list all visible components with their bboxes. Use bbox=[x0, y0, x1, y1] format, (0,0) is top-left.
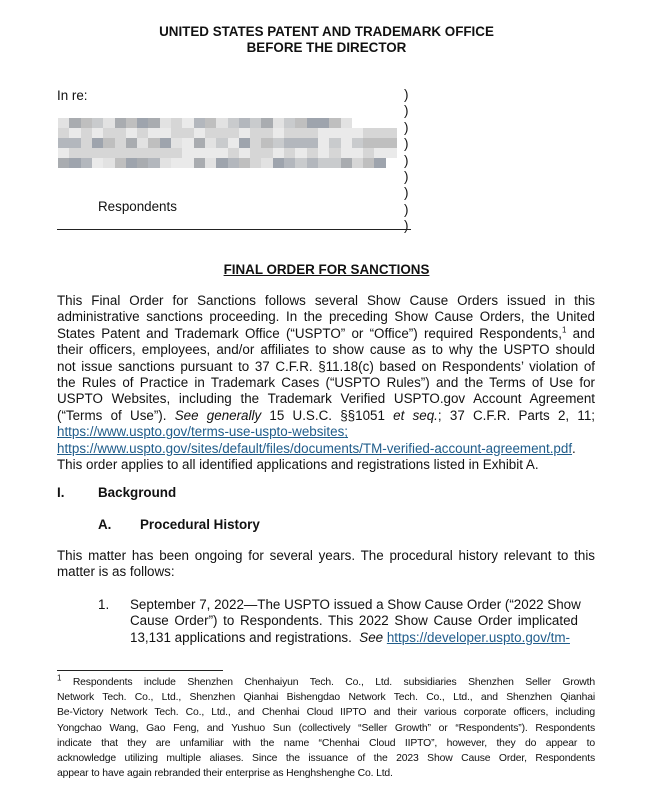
document-title: FINAL ORDER FOR SANCTIONS bbox=[0, 262, 653, 277]
developer-uspto-link[interactable]: https://developer.uspto.gov/tm- bbox=[387, 630, 570, 645]
text-line: This Final Order for Sanctions follows s… bbox=[57, 293, 595, 309]
redacted-party-names bbox=[58, 118, 398, 168]
link-punctuation: ; bbox=[344, 424, 348, 439]
citation: ; 37 C.F.R. Parts 2, 11; bbox=[438, 408, 595, 423]
citation-signal: See bbox=[359, 630, 383, 645]
text-line: https://www.uspto.gov/terms-use-uspto-we… bbox=[57, 424, 595, 440]
procedural-intro: This matter has been ongoing for several… bbox=[57, 548, 595, 581]
caption-parentheses: ))))))))) bbox=[404, 87, 414, 235]
terms-of-use-link[interactable]: https://www.uspto.gov/terms-use-uspto-we… bbox=[57, 424, 344, 439]
text-line: indicate that they are unfamiliar with t… bbox=[57, 736, 595, 751]
text-line: matter is as follows: bbox=[57, 564, 595, 580]
caption-underline bbox=[57, 229, 411, 230]
footnote-ref[interactable]: 1 bbox=[562, 325, 566, 334]
caption-paren: ) bbox=[404, 136, 414, 152]
text-fragment: (“Terms of Use”). bbox=[57, 408, 166, 423]
intro-paragraph: This Final Order for Sanctions follows s… bbox=[57, 293, 595, 473]
text-line: not issue sanctions pursuant to 37 C.F.R… bbox=[57, 359, 595, 375]
text-line: Yongchao Wang, Gao Feng, and Yushuo Sun … bbox=[57, 721, 595, 736]
caption-paren: ) bbox=[404, 202, 414, 218]
citation-signal: See generally bbox=[175, 408, 261, 423]
footnote-number: 1 bbox=[57, 674, 61, 683]
caption-paren: ) bbox=[404, 185, 414, 201]
citation: 15 U.S.C. §§1051 bbox=[269, 408, 385, 423]
caption-paren: ) bbox=[404, 153, 414, 169]
link-punctuation: . bbox=[572, 441, 576, 456]
text-fragment: Respondents include Shenzhen Chenhaiyun … bbox=[73, 677, 595, 688]
text-fragment: States Patent and Trademark Office (“USP… bbox=[57, 326, 562, 341]
section-title: Background bbox=[98, 485, 176, 500]
respondents-label: Respondents bbox=[98, 199, 177, 214]
text-line: acknowledge utilizing multiple aliases. … bbox=[57, 751, 595, 766]
text-fragment: 13,131 applications and registrations. bbox=[130, 630, 352, 645]
text-line: This order applies to all identified app… bbox=[57, 457, 595, 473]
text-line: Network Tech. Co., Ltd., Shenzhen Qianha… bbox=[57, 690, 595, 705]
office-heading: UNITED STATES PATENT AND TRADEMARK OFFIC… bbox=[0, 24, 653, 40]
caption-paren: ) bbox=[404, 103, 414, 119]
list-item: September 7, 2022—The USPTO issued a Sho… bbox=[130, 597, 578, 646]
text-line: USPTO Websites, including the Trademark … bbox=[57, 391, 595, 407]
text-line: States Patent and Trademark Office (“USP… bbox=[57, 326, 595, 342]
text-line: Be-Victory Network Tech. Co., Ltd., and … bbox=[57, 705, 595, 720]
subsection-letter: A. bbox=[98, 517, 111, 532]
text-line: the Rules of Practice in Trademark Cases… bbox=[57, 375, 595, 391]
subsection-title: Procedural History bbox=[140, 517, 260, 532]
in-re-label: In re: bbox=[57, 88, 88, 103]
list-item-number: 1. bbox=[98, 597, 109, 612]
caption-paren: ) bbox=[404, 87, 414, 103]
text-line: Cause Order”) to Respondents. This 2022 … bbox=[130, 613, 578, 629]
text-line: their officers, employees, and/or affili… bbox=[57, 342, 595, 358]
text-line: 13,131 applications and registrations. S… bbox=[130, 630, 578, 646]
text-line: 1 Respondents include Shenzhen Chenhaiyu… bbox=[57, 675, 595, 690]
footnote: 1 Respondents include Shenzhen Chenhaiyu… bbox=[57, 675, 595, 781]
text-line: This matter has been ongoing for several… bbox=[57, 548, 595, 564]
office-subheading: BEFORE THE DIRECTOR bbox=[0, 40, 653, 56]
text-line: (“Terms of Use”). See generally 15 U.S.C… bbox=[57, 408, 595, 424]
text-line: https://www.uspto.gov/sites/default/file… bbox=[57, 441, 595, 457]
account-agreement-link[interactable]: https://www.uspto.gov/sites/default/file… bbox=[57, 441, 572, 456]
text-line: September 7, 2022—The USPTO issued a Sho… bbox=[130, 597, 578, 613]
section-number: I. bbox=[57, 485, 64, 500]
caption-paren: ) bbox=[404, 120, 414, 136]
footnote-separator bbox=[57, 670, 223, 671]
caption-paren: ) bbox=[404, 218, 414, 234]
text-line: appear to have again rebranded their ent… bbox=[57, 766, 595, 781]
citation-signal: et seq. bbox=[393, 408, 438, 423]
caption-paren: ) bbox=[404, 169, 414, 185]
text-line: administrative sanctions proceeding. In … bbox=[57, 309, 595, 325]
text-fragment: and bbox=[573, 326, 595, 341]
